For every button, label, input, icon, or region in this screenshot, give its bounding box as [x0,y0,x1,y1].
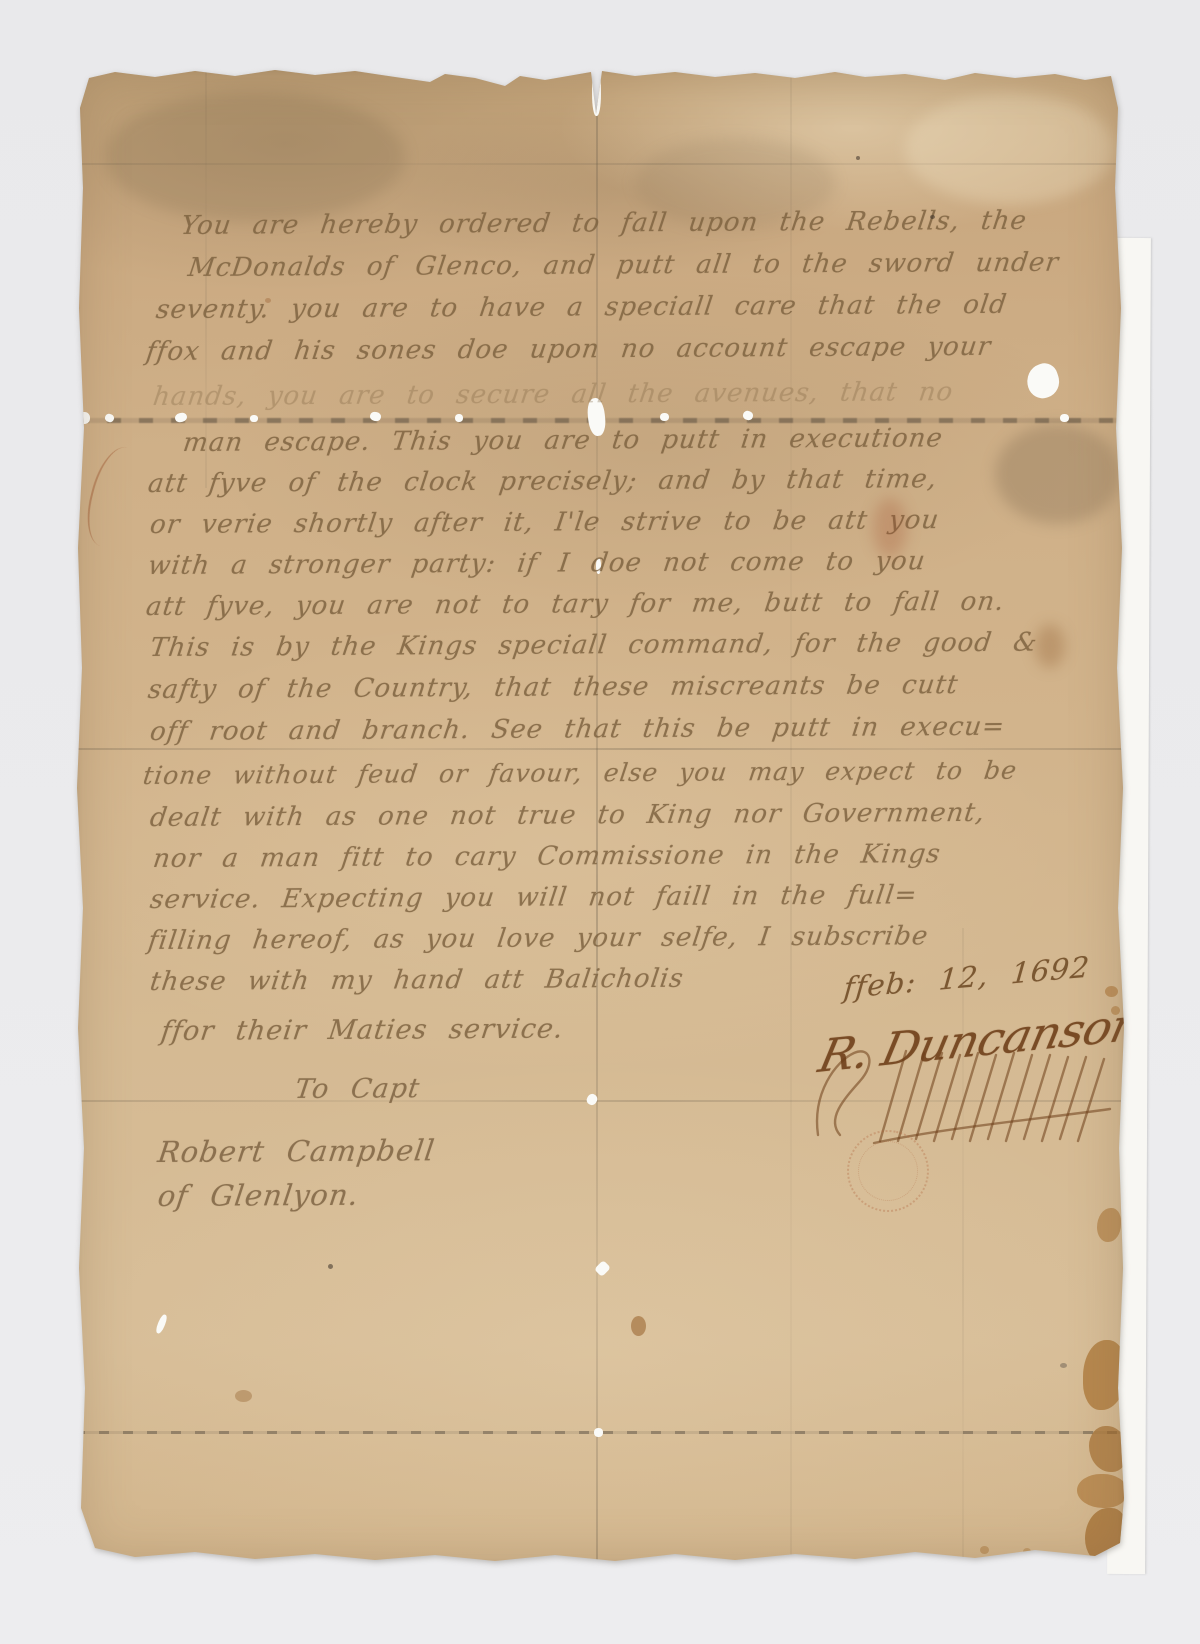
stain [631,1316,646,1336]
paper-tear [1023,360,1064,402]
brown-smudge [1035,624,1065,668]
letter-line: nor a man fitt to cary Commissione in th… [152,841,943,872]
edge-stain [1089,1426,1127,1472]
paper-tear [155,1313,169,1334]
dark-patch [995,424,1121,524]
letter-line: filling hereof, as you love your selfe, … [147,923,931,954]
ink-fleck [856,156,860,160]
letter-sheet-wrap: You are hereby ordered to fall upon the … [75,68,1125,1568]
fold-crease-horizontal [75,163,1125,165]
address-line-name: Robert Campbell [156,1136,437,1167]
letter-line: att fyve of the clock precisely; and by … [147,466,939,497]
letter-line: This is by the Kings speciall command, f… [149,630,1040,661]
red-smudge [873,498,907,558]
letter-line: off root and branch. See that this be pu… [149,714,1007,745]
letter-sheet: You are hereby ordered to fall upon the … [75,68,1125,1566]
letter-line: You are hereby ordered to fall upon the … [180,208,1029,239]
dark-patch [105,92,405,222]
ink-fleck [1060,1363,1067,1368]
edge-stain [1105,986,1118,997]
letter-line: these with my hand att Balicholis [149,966,686,995]
fold-crease-horizontal [75,1100,1125,1102]
letter-line: ffox and his sones doe upon no account e… [145,334,993,365]
paper-tear [1060,414,1069,422]
letter-line-damaged: hands, you are to secure all the avenues… [152,379,955,410]
letter-line: service. Expecting you will not faill in… [149,882,920,913]
edge-stain [1111,1006,1120,1015]
address-line-to-capt: To Capt [293,1075,421,1103]
stain [980,1546,989,1554]
paper-tear [78,412,90,424]
letter-line: or verie shortly after it, I'le strive t… [149,507,941,538]
address-line-place: of Glenlyon. [156,1181,361,1211]
edge-stain [1077,1474,1127,1508]
paper-tear [592,68,601,116]
edge-stain [1083,1340,1127,1410]
signature-r-duncanson: R. Duncanson [815,1001,1146,1079]
stain [265,298,271,303]
paper-tear [455,414,463,422]
edge-stain [1085,1508,1127,1564]
letter-line: man escape. This you are to putt in exec… [182,425,945,456]
light-patch [905,94,1115,204]
letter-date: ffeb: 12, 1692 [842,953,1091,1003]
letter-line: dealt with as one not true to King nor G… [149,800,987,831]
letter-line: with a stronger party: if I doe not come… [147,548,928,579]
letter-line: att fyve, you are not to tary for me, bu… [145,589,1007,620]
archive-stamp [839,1122,936,1219]
paper-tear [594,1428,603,1437]
letter-closing: ffor their Maties service. [159,1016,565,1045]
stain [1023,1548,1031,1555]
red-ink-mark [79,442,150,553]
paper-tear [660,413,669,421]
fold-crease-horizontal [75,748,1125,750]
ink-fleck [930,215,935,219]
stain [235,1390,252,1402]
edge-stain [1097,1208,1121,1242]
ink-fleck [328,1264,333,1269]
letter-line: McDonalds of Glenco, and putt all to the… [187,250,1061,281]
paper-tear [250,415,258,422]
letter-line: tione without feud or favour, else you m… [142,758,1019,788]
letter-line: safty of the Country, that these miscrea… [147,672,961,703]
letter-line: seventy. you are to have a speciall care… [155,292,1009,323]
